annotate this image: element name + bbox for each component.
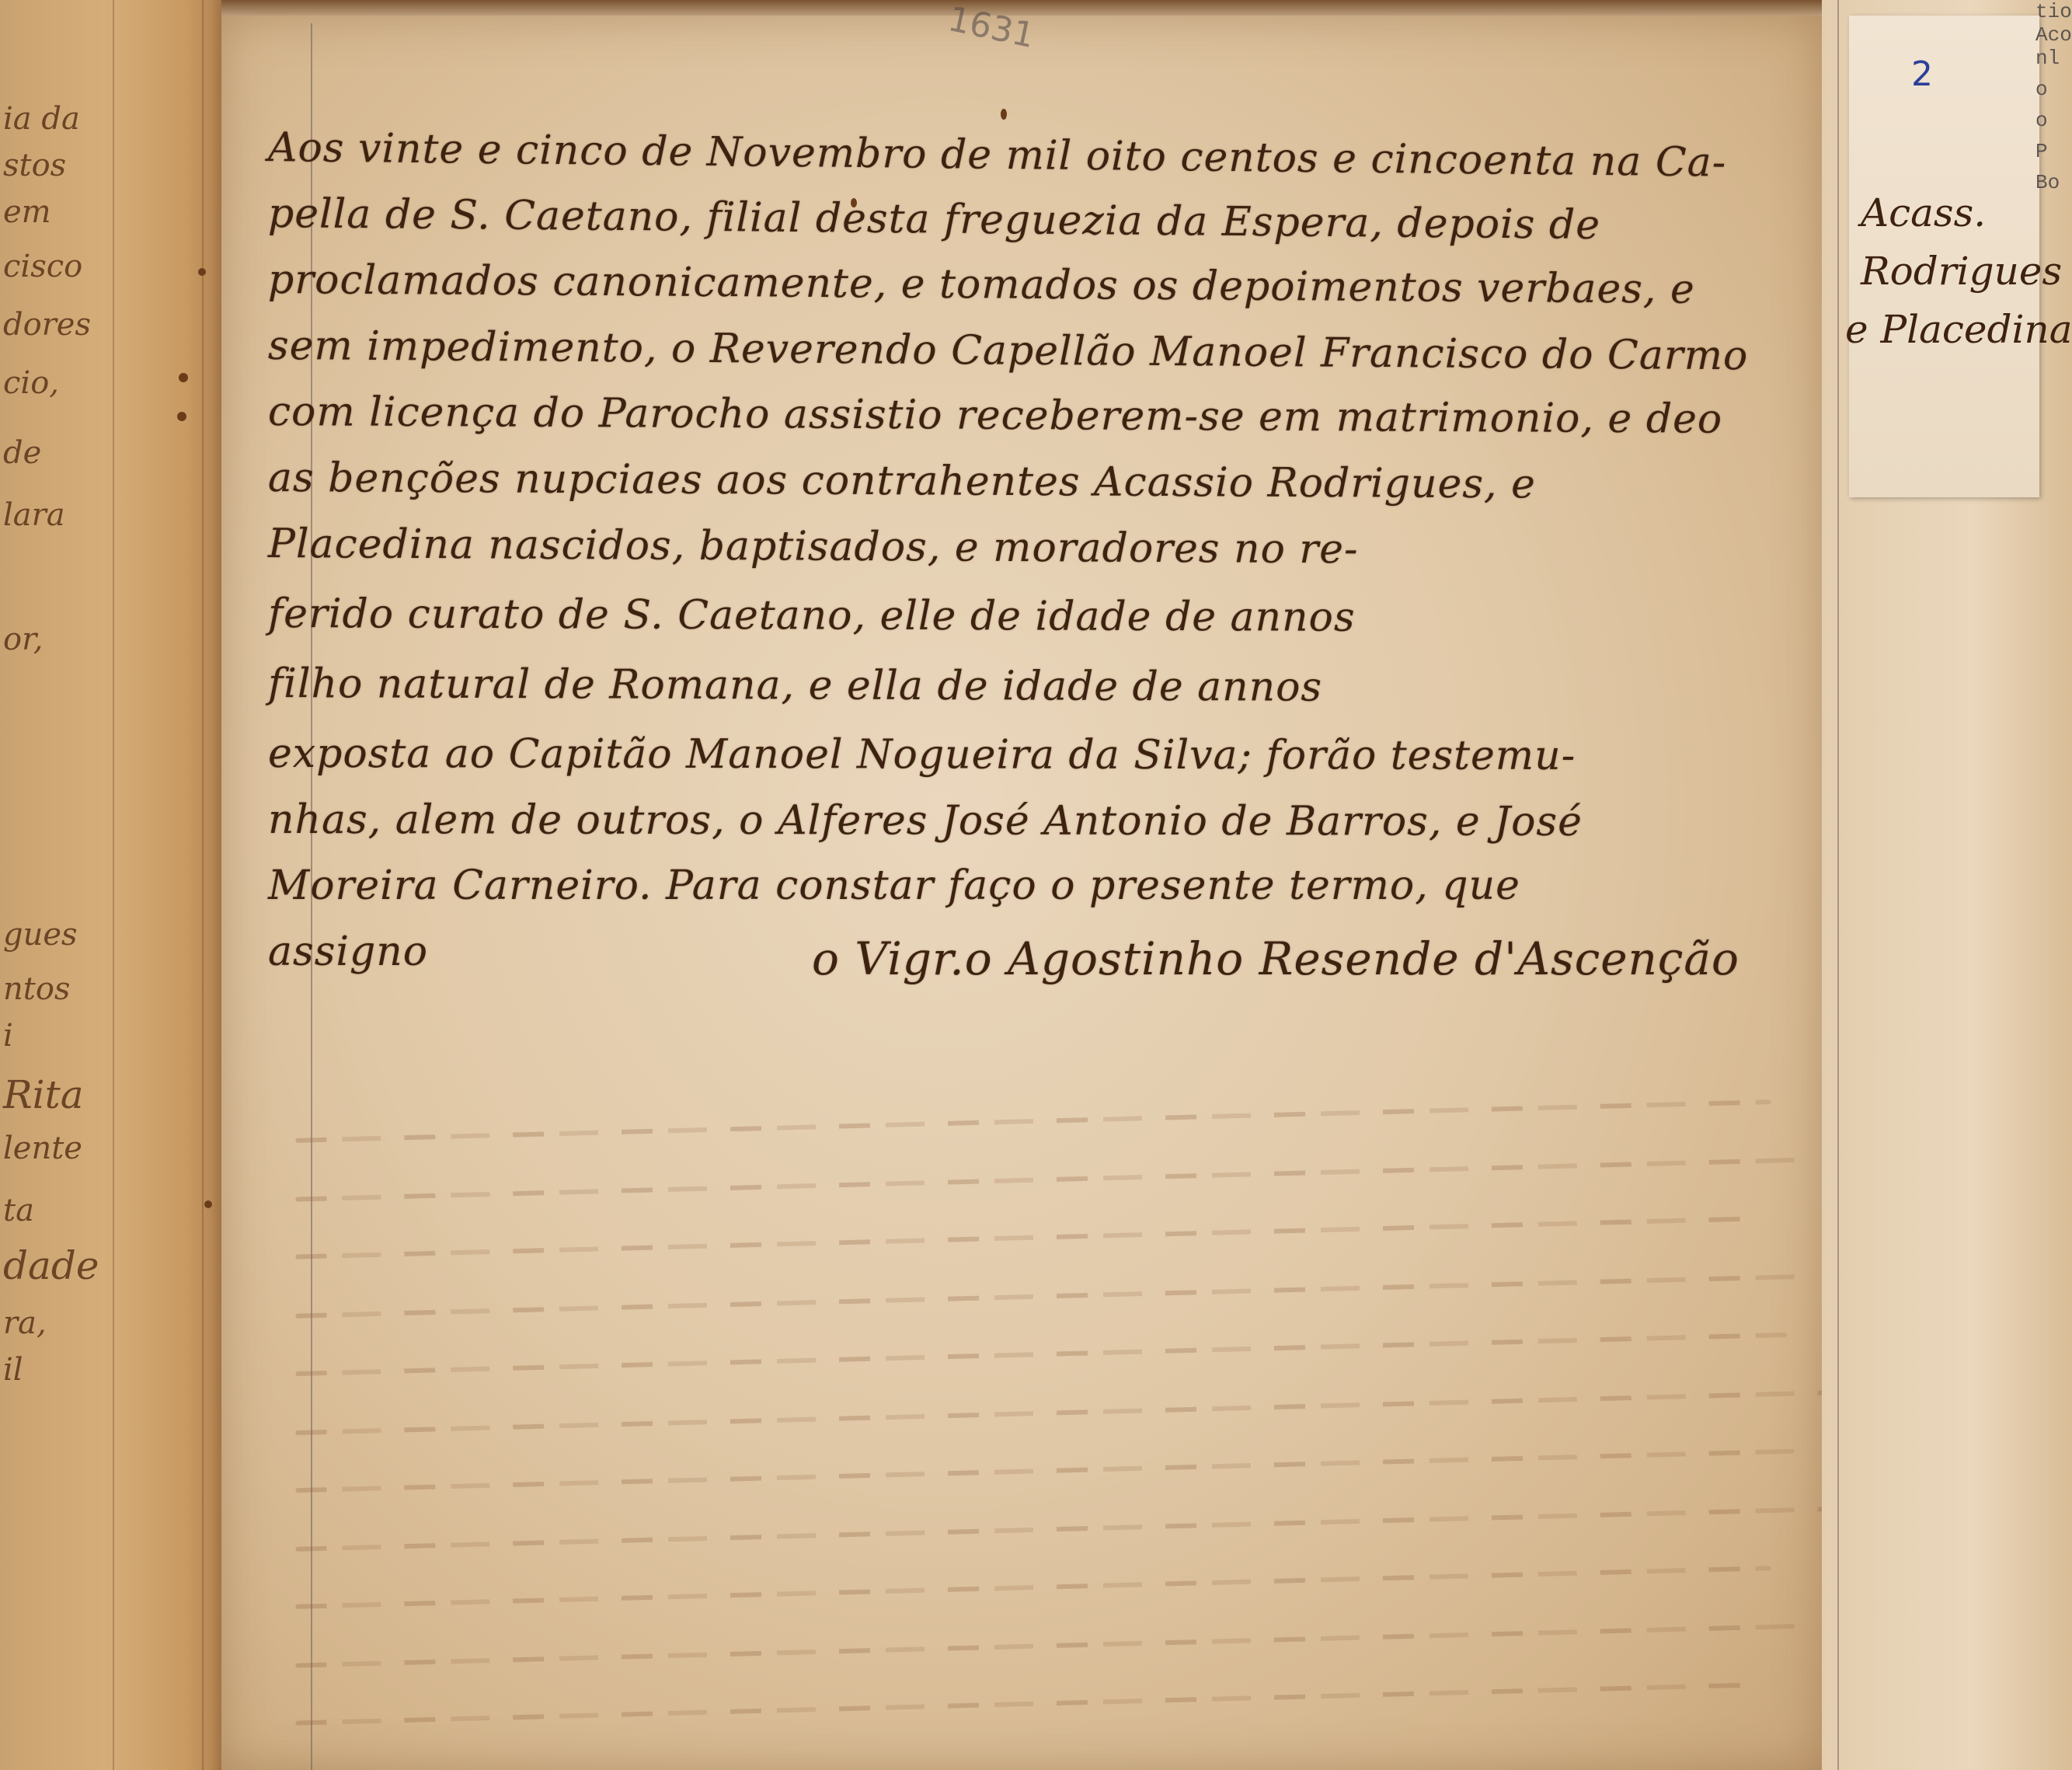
left-fragment: Rita (3, 1072, 84, 1117)
bleed-line (295, 1682, 1756, 1725)
left-page-fold (113, 0, 114, 1770)
ink-spot (1001, 109, 1007, 120)
bleed-line (295, 1449, 1794, 1493)
left-fragment: em (3, 194, 51, 230)
left-fragment: gues (3, 917, 78, 953)
left-fragment: dores (3, 307, 91, 343)
entry-line-5: com licença do Parocho assistio recebere… (268, 388, 1722, 443)
typed-peek-line: P (2035, 140, 2048, 163)
entry-line-13: assigno (268, 929, 428, 975)
left-fragment: dade (3, 1243, 99, 1288)
typed-peek-line: o (2035, 78, 2048, 101)
bleed-line (295, 1566, 1771, 1609)
entry-line-9: filho natural de Romana, e ella de idade… (268, 660, 1322, 711)
left-page-edge-line (202, 0, 204, 1770)
manuscript-photo: ia da stos em cisco dores cio, de lara o… (0, 0, 2072, 1770)
bleed-line (295, 1390, 1840, 1435)
ink-spot (179, 373, 188, 382)
typed-peek-line: Aco (2035, 23, 2072, 47)
left-fragment: lara (3, 497, 65, 533)
typed-peek-line: o (2035, 109, 2048, 132)
bleed-line (295, 1157, 1809, 1201)
left-fragment: de (3, 435, 41, 471)
bleed-line (295, 1333, 1786, 1376)
ink-spot (198, 268, 206, 276)
left-fragment: or, (3, 622, 44, 657)
entry-line-6: as benções nupciaes aos contrahentes Aca… (268, 455, 1536, 508)
left-fragment: cio, (3, 365, 59, 401)
left-fragment: i (3, 1018, 13, 1054)
typed-peek-line: tio (2035, 0, 2072, 23)
page-number: 2 (1911, 54, 1933, 94)
margin-name-line-1: Acass. (1861, 190, 1986, 235)
vicar-signature: o Vigr.o Agostinho Resende d'Ascenção (812, 932, 1739, 985)
left-fragment: stos (3, 148, 66, 183)
left-fragment: ra, (3, 1305, 47, 1341)
entry-line-10: exposta ao Capitão Manoel Nogueira da Si… (268, 730, 1576, 779)
bleed-line (295, 1273, 1817, 1318)
entry-line-8: ferido curato de S. Caetano, elle de ida… (268, 591, 1356, 641)
entry-line-11: nhas, alem de outros, o Alferes José Ant… (268, 796, 1583, 845)
margin-name-line-2: Rodrigues (1861, 249, 2062, 294)
left-fragment: ta (3, 1193, 34, 1228)
left-fragment: cisco (3, 249, 82, 284)
left-fragment: ia da (3, 101, 80, 137)
reverse-bleed-through (295, 1103, 1888, 1740)
typed-peek-line: Bo (2035, 171, 2060, 194)
entry-line-12: Moreira Carneiro. Para constar faço o pr… (268, 862, 1520, 909)
left-fragment: il (3, 1352, 23, 1388)
entry-line-7: Placedina nascidos, baptisados, e morado… (268, 521, 1359, 573)
bleed-line (295, 1099, 1771, 1143)
left-fragment: ntos (3, 971, 70, 1007)
bleed-line (295, 1507, 1825, 1552)
ink-spot (851, 198, 857, 207)
right-leaf-rule (1837, 0, 1839, 1770)
bleed-line (295, 1216, 1756, 1259)
bleed-line (295, 1623, 1809, 1667)
left-fragment: lente (3, 1131, 82, 1166)
entry-line-3: proclamados canonicamente, e tomados os … (268, 256, 1695, 313)
margin-name-line-3: e Placedina (1845, 307, 2072, 352)
ink-spot (177, 412, 186, 421)
left-page: ia da stos em cisco dores cio, de lara o… (0, 0, 233, 1770)
typed-peek-line: nl (2035, 47, 2060, 70)
